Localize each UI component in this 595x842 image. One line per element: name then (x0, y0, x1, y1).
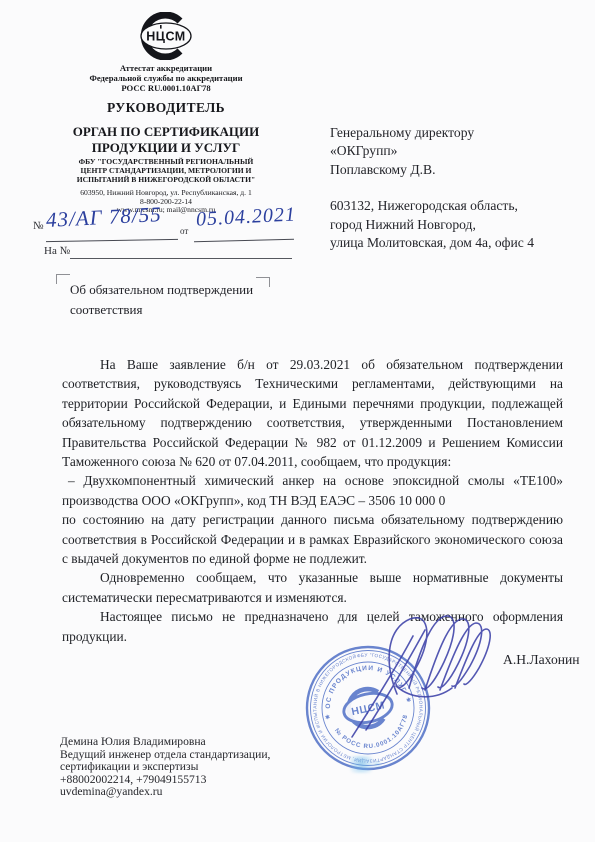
subject-line: соответствия (70, 300, 280, 320)
reg-date-underline (194, 239, 294, 243)
recipient-title: Генеральному директору (330, 124, 575, 142)
recipient-address-line: 603132, Нижегородская область, (330, 197, 575, 215)
reg-number-label: № (33, 220, 44, 232)
reply-to-underline (70, 258, 292, 259)
letterhead: НЦСМ Аттестат аккредитации Федеральной с… (28, 12, 304, 215)
org-title-line: ОРГАН ПО СЕРТИФИКАЦИИ (28, 124, 304, 140)
org-title-line: ПРОДУКЦИИ И УСЛУГ (28, 140, 304, 156)
org-name-line: ИСПЫТАНИЙ В НИЖЕГОРОДСКОЙ ОБЛАСТИ" (28, 176, 304, 185)
reg-date-handwritten: 05.04.2021 (195, 203, 296, 231)
subject-corner-mark-left (56, 274, 70, 284)
ncsm-logo-icon: НЦСМ (135, 12, 197, 60)
letterhead-role: РУКОВОДИТЕЛЬ (28, 100, 304, 115)
recipient-person: Поплавскому Д.В. (330, 161, 575, 179)
reg-number-handwritten: 43/АГ 78/55 (45, 202, 162, 233)
subject-block: Об обязательном подтверждении соответств… (70, 280, 280, 319)
executor-name: Демина Юлия Владимировна (60, 736, 270, 749)
body-paragraph: по состоянию на дату регистрации данного… (62, 510, 563, 568)
subject-line: Об обязательном подтверждении (70, 280, 280, 300)
executor-block: Демина Юлия Владимировна Ведущий инженер… (60, 736, 270, 799)
ink-smudge (372, 760, 382, 768)
signer-name: А.Н.Лахонин (503, 652, 580, 668)
reply-to-label: На № (44, 245, 70, 257)
recipient-company: «ОКГрупп» (330, 142, 575, 160)
scanned-letter-page: НЦСМ Аттестат аккредитации Федеральной с… (0, 0, 595, 842)
accreditation-number: РОСС RU.0001.10АГ78 (28, 83, 304, 93)
accreditation-line: Федеральной службы по аккредитации (28, 73, 304, 83)
recipient-block: Генеральному директору «ОКГрупп» Поплавс… (330, 124, 575, 252)
executor-position-line: сертификации и экспертизы (60, 761, 270, 774)
reg-number-underline (46, 239, 178, 242)
handwritten-signature (320, 598, 530, 758)
recipient-address-line: город Нижний Новгород, (330, 216, 575, 234)
recipient-address-line: улица Молитовская, дом 4а, офис 4 (330, 234, 575, 252)
executor-email: uvdemina@yandex.ru (60, 786, 270, 799)
accreditation-line: Аттестат аккредитации (28, 63, 304, 73)
body-list-item: – Двухкомпонентный химический анкер на о… (62, 471, 563, 510)
logo-letters: НЦСМ (146, 29, 185, 43)
reg-ot-label: от (180, 226, 188, 236)
body-paragraph: На Ваше заявление б/н от 29.03.2021 об о… (62, 355, 563, 471)
